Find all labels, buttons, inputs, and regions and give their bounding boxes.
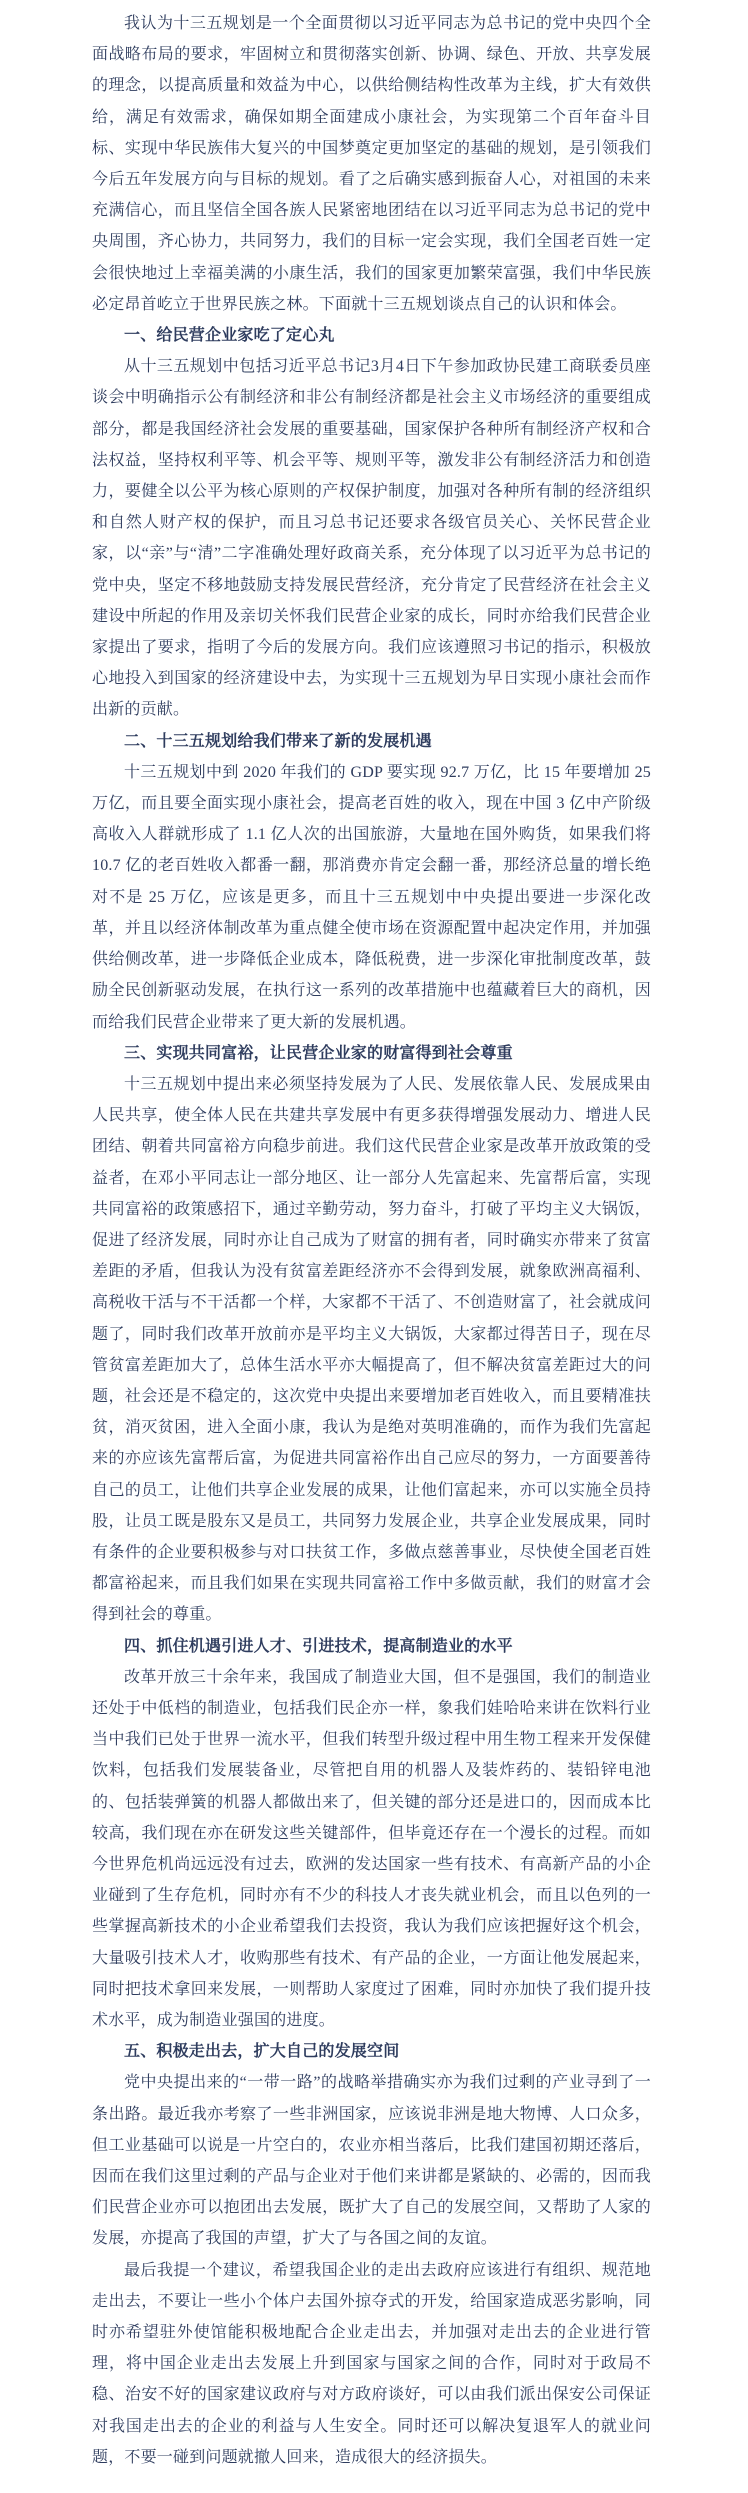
section-5-heading: 五、积极走出去，扩大自己的发展空间 [92,2036,651,2067]
section-2-paragraph: 十三五规划中到 2020 年我们的 GDP 要实现 92.7 万亿，比 15 年… [92,757,651,1038]
section-1-paragraph: 从十三五规划中包括习近平总书记3月4日下午参加政协民建工商联委员座谈会中明确指示… [92,351,651,725]
section-5-paragraph-2: 最后我提一个建议，希望我国企业的走出去政府应该进行有组织、规范地走出去，不要让一… [92,2255,651,2473]
document-page: 我认为十三五规划是一个全面贯彻以习近平同志为总书记的党中央四个全面战略布局的要求… [0,0,748,2493]
section-4-paragraph: 改革开放三十余年来，我国成了制造业大国，但不是强国，我们的制造业还处于中低档的制… [92,1662,651,2036]
section-1-heading: 一、给民营企业家吃了定心丸 [92,320,651,351]
section-5-paragraph-1: 党中央提出来的“一带一路”的战略举措确实亦为我们过剩的产业寻到了一条出路。最近我… [92,2067,651,2254]
section-3-heading: 三、实现共同富裕，让民营企业家的财富得到社会尊重 [92,1038,651,1069]
section-2-heading: 二、十三五规划给我们带来了新的发展机遇 [92,726,651,757]
section-4-heading: 四、抓住机遇引进人才、引进技术，提高制造业的水平 [92,1631,651,1662]
intro-paragraph: 我认为十三五规划是一个全面贯彻以习近平同志为总书记的党中央四个全面战略布局的要求… [92,8,651,320]
section-3-paragraph: 十三五规划中提出来必须坚持发展为了人民、发展依靠人民、发展成果由人民共享，使全体… [92,1069,651,1631]
